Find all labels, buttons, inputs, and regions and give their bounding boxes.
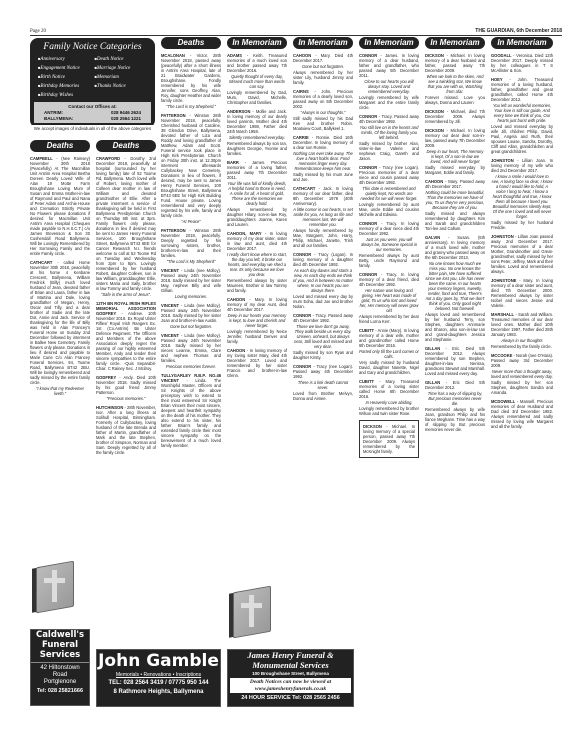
notice: ADAMS - Keith. Treasured memories of a m… <box>227 53 287 105</box>
notice-verse: Loving memories. <box>161 294 221 299</box>
notice-verse: Always in our thoughts <box>491 338 553 343</box>
ad-title: James Henry Funeral & <box>228 650 353 660</box>
masthead: THE GUARDIAN, 6th December 2018 <box>475 28 562 34</box>
notice: JOHNSTONE - Mary. In loving memory of a … <box>491 278 553 308</box>
notice-signoff: Sadly missed by her son Stephen, daughte… <box>491 380 553 395</box>
notice: DICKSON - Michael. In loving memory of a… <box>425 53 485 105</box>
notice-verse: This date is remembered and quietly kept… <box>359 186 419 201</box>
office-phone: 028 2564 1221 <box>111 116 141 122</box>
notice-text: - Michael. In loving memory of a special… <box>363 424 415 454</box>
notice-text: - Dorothy 2nd December 2018, peacefully … <box>96 156 156 291</box>
notice-verse: Just as you were, you will always be, So… <box>359 237 419 252</box>
memoriam-column-2: In MemoriamCAHOON - Mary. Died 4th Decem… <box>293 37 353 405</box>
notice-verse: Time has a way of slipping by, But preci… <box>425 391 485 406</box>
ad-notice: Death Notices can now be viewed at www.j… <box>230 678 351 693</box>
notice: PATTERSON - Winston 28th November 2018, … <box>161 113 221 224</box>
ad-title: Caldwell's <box>31 630 89 640</box>
notice: BARR - James. Precious memories of a lov… <box>227 160 287 227</box>
notice-signoff: Lovingly remembered by Dad, Mum, David, … <box>227 90 287 105</box>
notice-text: - Victor. 28th November 2018, passed awa… <box>161 53 221 103</box>
notice: GODFREY - Andy. Died 10th November 2018.… <box>96 375 156 401</box>
notice: CRAWFORD - Dorothy 2nd December 2018, pe… <box>96 156 156 297</box>
deaths-column-3: DeathsMCALONAN - Victor. 28th November 2… <box>161 37 221 452</box>
caldwell-funeral-ad: Caldwell's Funeral Services 42 Hiltonsto… <box>30 629 90 706</box>
notice: MCDOWELL - Mansell. Precious memories of… <box>491 399 553 429</box>
category-item: Birthday Wishes <box>38 91 95 100</box>
memoriam-column-1: In MemoriamADAMS - Keith. Treasured memo… <box>227 37 287 382</box>
notice-verse: There is a link death cannot sever. <box>293 380 353 390</box>
notice-text: - Winston 28th November 2018, peacefully… <box>161 113 221 218</box>
notice-signoff: Always remembered by her dear friend Lor… <box>359 314 419 324</box>
notice: CARRIE - Ronnie. Died 16th December. In … <box>293 135 353 182</box>
notice-verse: "At Peace" <box>161 219 221 224</box>
notice-verse: I know a smile I would love to see, A lo… <box>491 174 553 219</box>
notice: CAHOON - In loving memory of my loving s… <box>227 348 287 378</box>
notice-signoff: Loved and missed everyday by wife Jill, … <box>491 124 553 154</box>
deaths-column-2: DeathsCRAWFORD - Dorothy 2nd December 20… <box>96 140 156 459</box>
ad-services: Memorials • Renovations • Inscriptions <box>97 672 220 679</box>
notice-verse: Never more than a thought away, loved an… <box>491 369 553 379</box>
notice: CAIRNS - John. Precious memories of a de… <box>293 89 353 131</box>
notice-verse: Nothing could be more beautiful, Than th… <box>425 190 485 210</box>
notice-verse: "Safe in the arms of Jesus". <box>96 292 156 297</box>
notice-verse: Your life was full of kindly deeds, A he… <box>227 181 287 206</box>
notice-verse: Nothing can ever take away. The love a h… <box>293 151 353 171</box>
notice-signoff: Forever missed. Love you always, Donna a… <box>425 95 485 105</box>
notice: JOHNSTON - Lillian Joan passed away 2nd … <box>491 234 553 274</box>
notice-signoff: Sadly missed and always remembered by da… <box>425 211 485 231</box>
ad-address: 100 Broughshane Street, Ballymena <box>228 670 353 677</box>
bible-cross-icon <box>227 585 277 640</box>
notice-verse: Silently remembered everyday. <box>227 135 287 140</box>
notice: MCCOOKE - Norah (nee O'Hara). Passed awa… <box>491 353 553 395</box>
notice-signoff: Lovingly remembered by Neice Jennifer, h… <box>227 329 287 344</box>
notice-text: - called Home November 30th 2018, peacef… <box>30 260 90 385</box>
notice-verse: In Heavenly Love abiding. <box>359 400 419 405</box>
notice-verse: You still live on in the hearts and mind… <box>359 125 419 140</box>
notice: ANDERSON - Mollie and Jack. In loving me… <box>227 109 287 156</box>
notice: GILLAN - Eric. Died 5th December 2012. A… <box>425 346 485 376</box>
notice-verse: "The Lord is my Shepherd." <box>161 104 221 109</box>
notice-signoff: Sadly missed by her husband Freddie. <box>491 220 553 230</box>
notice-signoff: Always remembered by daughter Hilary, so… <box>227 207 287 227</box>
office-name: BALLYMENA: <box>44 116 73 122</box>
ad-phone: Tel: 028 25821666 <box>31 688 89 694</box>
category-item: Thanks Notice <box>95 82 152 91</box>
category-item: Memoriam <box>95 73 152 82</box>
notice: VINCENT - Linda (nee Molloy). Passed awa… <box>161 268 221 299</box>
notice: GALVIN - Susan. (5th anniversary). In lo… <box>425 235 485 342</box>
notice-text: - Linda (nee Molloy). Passed away 24th N… <box>161 333 221 363</box>
ad-website: www.jameshenryfunerals.co.uk <box>231 686 350 693</box>
notice: HOEY - John. Treasured memories of a lov… <box>491 77 553 154</box>
notice-verse: "Precious memories." <box>96 396 156 401</box>
notice: MCALONAN - Victor. 28th November 2018, p… <box>161 53 221 109</box>
memoriam-column-3: In MemoriamCONNOR - James. In loving mem… <box>359 37 419 462</box>
section-heading: Deaths <box>96 140 156 152</box>
notice-signoff: Sadly missed by brother Alan, sister-in-… <box>359 141 419 161</box>
section-heading: In Memoriam <box>293 37 353 49</box>
family-notice-categories: Family Notice Categories Anniversary Dea… <box>30 38 155 128</box>
notice-signoff: Lovingly remembered by wife Margaret and… <box>359 95 419 110</box>
notice-verse: Quietly thought of every day, Missed muc… <box>227 74 287 89</box>
notice-verse: Parted only till the Lord comes or calls… <box>359 349 419 359</box>
james-henry-ad: James Henry Funeral & Monumental Service… <box>227 649 354 707</box>
notice: CONNOR - Tracy (nee Logan). Passed away … <box>293 364 353 401</box>
notice: GILLAN - Eric Died 5th December 2012.Tim… <box>425 380 485 432</box>
category-item: Anniversary <box>38 55 95 64</box>
notice-signoff: Remembered always by sister Maureen, Bro… <box>227 278 287 293</box>
notice: CONNOR - James. In loving memory of a de… <box>359 53 419 110</box>
notice: CUBITT - Annie (Mary). In loving memory … <box>359 328 419 375</box>
notice-verse: Gone but not forgotten. <box>161 324 221 329</box>
notice-signoff: Always fondly remembered by Mae, Margare… <box>293 228 353 248</box>
category-item: Engagement Notice <box>38 64 95 73</box>
notice-signoff: Remembered by the family circle. <box>491 344 552 349</box>
notice: CUBITT - Mary. Treasured memories of a l… <box>359 379 419 416</box>
notice-verse: No one knows how much we miss you. No on… <box>425 261 485 311</box>
notice: CAHOON - Mary. In loving memory of my de… <box>227 297 287 344</box>
notice: VINCENT - Linda (nee Molloy). Passed awa… <box>161 303 221 329</box>
notice-signoff: Still sadly missed by his Dad Ken and br… <box>293 116 353 131</box>
page-number: Page 20 <box>30 29 46 34</box>
notice: CAHOON - Mary. Passed away 4th December … <box>425 179 485 231</box>
notice: DICKSON - Michael. In loving memory of a… <box>359 420 419 458</box>
ad-title: Monumental Services <box>228 660 353 670</box>
notice-verse: You left us wonderful memories, Your lov… <box>491 103 553 123</box>
notice: CAHOON, MARY - In loving memory of my de… <box>227 231 287 293</box>
notice: TULLYGARLEY R.B.P. NO.46 VINCENT - Linda… <box>161 373 221 448</box>
notice: CONNOR - Tracy. Passed away 4th December… <box>293 313 353 360</box>
notice-signoff: Very sadly missed by husband David, daug… <box>359 360 419 375</box>
notice: DICKSON - Michael, died 7th December 200… <box>425 109 485 124</box>
notice-verse: Deep in our heart, The memory is kept, O… <box>425 149 485 164</box>
notice: CAHOON - Mary. Died 4th December 2017.Go… <box>293 53 353 85</box>
notice: CATHCART - called Home November 30th 201… <box>30 260 90 396</box>
notice-signoff: Remembered always by wife Joan, grandson… <box>425 407 485 432</box>
notice: CONNOR - Tracy (nee Logan). Precious mem… <box>359 165 419 217</box>
notice-signoff: Remembered always by aunt Betty, uncle R… <box>359 253 419 268</box>
notice-text: - Lillian Joan passed away 2nd December … <box>491 234 553 274</box>
notice-text: - Linda. The Worshipful Master, Officers… <box>161 378 221 448</box>
section-heading: In Memoriam <box>425 37 485 49</box>
notice-text: - In loving memory of my loving sister M… <box>227 348 287 378</box>
notice: CONNOR - Tracy. In loving memory of a de… <box>359 221 419 268</box>
ad-phone: TEL: 028 2564 3419 / 07775 950 144 <box>97 679 220 688</box>
notice-verse: "Always in our thoughts." <box>293 110 353 115</box>
memoriam-column-4: In MemoriamDICKSON - Michael. In loving … <box>425 37 485 436</box>
notice-verse: "I know that my Redeemer liveth." <box>30 386 90 396</box>
notice-text: - Mansell. Precious memories of dear Hus… <box>491 399 553 429</box>
notice: VINCENT - Linda (nee Molloy). Passed awa… <box>161 333 221 369</box>
category-item: Death Notice <box>95 55 152 64</box>
category-item: Birth Notice <box>38 73 95 82</box>
notice-verse: Those we love don't go away, They walk b… <box>293 324 353 349</box>
notice: CAMPBELL - (Nee Ramsey) November 30th 20… <box>30 156 90 256</box>
section-heading: In Memoriam <box>227 37 287 49</box>
ad-title: Funeral <box>31 640 89 650</box>
office-row: BALLYMENA: 028 2564 1221 <box>44 116 141 122</box>
ad-address: 42 Hiltonstown Road Portglenone <box>31 662 89 686</box>
category-item: Marriage Notice <box>95 64 152 73</box>
notice-text: - Andrew. 10th November 2018. Ex Royal U… <box>96 311 156 371</box>
notice-signoff: Sadly missed by son Ryan and daughter Ki… <box>293 350 353 360</box>
notice-verse: Gone but not forgotten. <box>293 64 353 69</box>
notice-text: - (Nee Ramsey) November 30th 2018 (Peace… <box>30 156 90 256</box>
notice-verse: As each day dawns and starts a new, As e… <box>293 268 353 293</box>
notice-signoff: Lovingly remembered by brother Wilson an… <box>359 406 419 416</box>
notice-signoff: Remembered always by son Ian, daughters … <box>227 141 287 156</box>
notice: CATHCART - Jack. In loving memory of our… <box>293 186 353 248</box>
notice-signoff: Loved and missed every day by mum Edna, … <box>293 294 353 309</box>
notice-text: - Eric. Died 5th December 2012. Always r… <box>425 346 485 376</box>
john-gamble-ad: John Gamble Memorials • Renovations • In… <box>96 649 221 707</box>
notice: JOHNSTON - Lillian Joan. In loving memor… <box>491 158 553 230</box>
section-heading: Deaths <box>161 37 221 49</box>
notice-signoff: Sadly missed everyday by Margaret, Eddie… <box>425 165 485 175</box>
notice: CONNOR - Tracy. Passed away 4th December… <box>359 114 419 161</box>
memoriam-column-5: In MemoriamGOODALL - Veronica. Died 12th… <box>491 37 553 433</box>
notice: PATTERSON - Winston 28th November 2018, … <box>161 228 221 264</box>
notice-verse: Deep in our hearts your memory is kept, … <box>227 313 287 328</box>
notice-verse: A little corner in our hearts, Is set as… <box>293 207 353 227</box>
page-header: Page 20 THE GUARDIAN, 6th December 2018 <box>30 26 562 36</box>
bible-cross-icon <box>30 560 80 615</box>
ad-title: Services <box>31 650 89 660</box>
contact-title: Contact our Offices at: <box>44 104 141 109</box>
notice: DICKSON - Michael. In loving memory our … <box>425 128 485 175</box>
notice: HUTCHINSON - 28th November, Ivor. After … <box>96 405 156 455</box>
notice: 12TH BN ROYAL IRISH RIFLES MEMORIAL ASSO… <box>96 301 156 371</box>
deaths-column-1: DeathsCAMPBELL - (Nee Ramsey) November 3… <box>30 140 90 400</box>
notice-signoff: Always remembered by her sister Lily, hu… <box>293 70 353 85</box>
notice-verse: I really don't know where to start, the … <box>227 252 287 277</box>
notice-signoff: Sadly missed by his mum June and Joe. <box>293 172 353 182</box>
notice-signoff: Loved from Brother Melvyn, Donna and Aim… <box>293 391 353 401</box>
notice-text: - Winston 28th November 2018, peacefully… <box>161 228 221 258</box>
notice-text: - 28th November, Ivor. After a long illn… <box>96 405 156 455</box>
notice-verse: Close to our hearts you will always stay… <box>359 79 419 94</box>
ad-address: 8 Rathmore Heights, Ballymena <box>97 688 220 697</box>
notice-verse: "The Lord is My Shepherd" <box>161 259 221 264</box>
ad-title: John Gamble <box>97 650 220 672</box>
categories-title: Family Notice Categories <box>34 42 151 52</box>
section-heading: In Memoriam <box>359 37 419 49</box>
notice-verse: Precious memories forever. <box>161 364 221 369</box>
notice-verse: When we look to the skies, And see a twi… <box>425 74 485 94</box>
notice: GOODALL - Veronica. Died 12th December 2… <box>491 53 553 73</box>
notice-signoff: Lovingly remembered by aunt Mae, uncle E… <box>359 202 419 217</box>
notice-text: - Mary. In loving memory of a dear siste… <box>491 278 553 308</box>
section-heading: Deaths <box>30 140 90 152</box>
accept-note: We accept images of individuals in all o… <box>30 125 155 134</box>
ad-phone: 24 HOUR SERVICE Tel: 028 2565 2456 <box>228 694 353 702</box>
category-list: Anniversary Death Notice Engagement Noti… <box>34 55 151 100</box>
notice: MARSHALL - Sarah and William. Treasured … <box>491 312 553 349</box>
notice: CONNOR - Tracy. In loving memory of a de… <box>359 272 419 324</box>
notice: CONNOR - Tracy (Logan). In loving memory… <box>293 252 353 309</box>
notice-verse: Her nature was loving and giving, Her he… <box>359 288 419 313</box>
contact-box: Contact our Offices at: ANTRIM: 028 9446… <box>34 102 151 123</box>
category-item: Birthday Memories <box>38 82 95 91</box>
notice-signoff: Always loved and remembered by her husba… <box>425 312 485 342</box>
section-heading: In Memoriam <box>491 37 553 49</box>
